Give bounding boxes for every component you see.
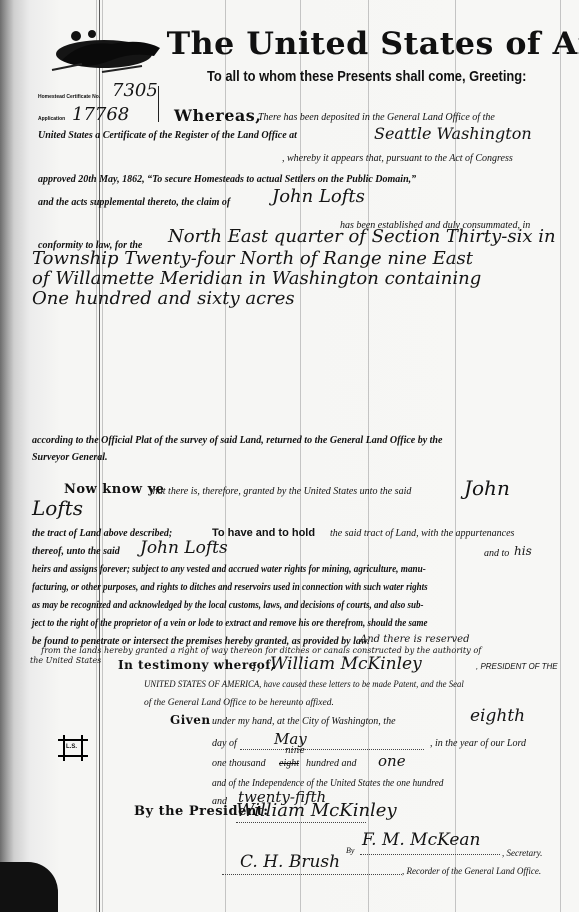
century-struck: eight: [279, 758, 299, 769]
century-handwritten: nine: [285, 746, 305, 756]
ruling-line: [560, 0, 561, 912]
application-number: 17768: [72, 104, 129, 125]
habendum-line-1c: the said tract of Land, with the appurte…: [330, 528, 514, 539]
day-of-label: day of: [212, 738, 237, 749]
scan-shadow: [0, 862, 58, 912]
plowman-vignette-icon: [42, 26, 164, 78]
land-patent-document: The United States of America, To all to …: [0, 0, 579, 912]
recorder-signature-line: [222, 874, 402, 875]
habendum-grantee: John Lofts: [140, 538, 228, 558]
seal-mark: L.S.: [58, 735, 88, 761]
habendum-heirs-pronoun: his: [514, 544, 532, 558]
given-lead: Given: [170, 713, 211, 727]
whereas-lead: Whereas,: [174, 106, 261, 125]
hundred-and-label: hundred and: [306, 758, 356, 769]
secretary-signature-line: [360, 854, 500, 855]
given-day: eighth: [470, 706, 525, 726]
whereas-line-3: , whereby it appears that, pursuant to t…: [282, 153, 513, 164]
given-line-1: under my hand, at the City of Washington…: [212, 716, 396, 727]
reservation-handwritten-3: the United States: [30, 656, 101, 665]
testimony-line-2: UNITED STATES OF AMERICA, have caused th…: [144, 680, 464, 690]
document-title: The United States of America,: [167, 26, 579, 62]
reservation-handwritten-1: And there is reserved: [360, 634, 470, 645]
certificate-bracket: [156, 86, 159, 122]
claimant-name: John Lofts: [272, 186, 365, 207]
according-line-1: according to the Official Plat of the su…: [32, 435, 442, 446]
according-line-2: Surveyor General.: [32, 452, 108, 463]
secretary-title: , Secretary.: [502, 848, 542, 858]
land-description-2: Township Twenty-four North of Range nine…: [32, 248, 473, 269]
grantee-last-name: Lofts: [32, 496, 83, 520]
testimony-president-name: William McKinley: [270, 654, 422, 674]
greeting-line: To all to whom these Presents shall come…: [207, 68, 526, 85]
land-description-3: of Willamette Meridian in Washington con…: [32, 268, 481, 289]
whereas-line-1: There has been deposited in the General …: [258, 112, 495, 123]
ruling-line: [368, 0, 369, 912]
month-line: [240, 749, 424, 750]
one-thousand-label: one thousand: [212, 758, 266, 769]
by-label: By: [346, 846, 354, 855]
testimony-pronoun: I,: [252, 660, 261, 674]
homestead-certificate-label: Homestead Certificate No.: [38, 94, 100, 100]
president-of-the: , PRESIDENT OF THE: [476, 662, 558, 671]
testimony-line-3: of the General Land Office to be hereunt…: [144, 698, 334, 708]
secretary-signature: F. M. McKean: [362, 830, 481, 850]
habendum-line-4: facturing, or other purposes, and rights…: [32, 582, 428, 593]
habendum-and-to: and to: [484, 548, 509, 559]
recorder-title: , Recorder of the General Land Office.: [402, 866, 541, 876]
land-description-4: One hundred and sixty acres: [32, 288, 295, 309]
land-office-location: Seattle Washington: [374, 124, 532, 143]
year-of-lord: , in the year of our Lord: [430, 738, 526, 749]
land-description-1: North East quarter of Section Thirty-six…: [168, 226, 556, 247]
whereas-line-2: United States a Certificate of the Regis…: [38, 130, 297, 141]
president-signature: William McKinley: [236, 800, 397, 821]
ruling-line: [300, 0, 301, 912]
habendum-line-2: thereof, unto the said: [32, 546, 120, 557]
grantee-first-name: John: [464, 476, 510, 500]
habendum-line-6: ject to the right of the proprietor of a…: [32, 618, 427, 629]
habendum-line-5: as may be recognized and acknowledged by…: [32, 600, 424, 611]
habendum-line-3: heirs and assigns forever; subject to an…: [32, 564, 426, 575]
given-year: one: [378, 752, 406, 770]
whereas-line-4: approved 20th May, 1862, “To secure Home…: [38, 174, 416, 185]
president-signature-line: [236, 822, 366, 823]
now-know-ye-text: that there is, therefore, granted by the…: [150, 486, 411, 497]
whereas-line-5: and the acts supplemental thereto, the c…: [38, 197, 230, 208]
homestead-certificate-number: 7305: [112, 80, 158, 101]
recorder-signature: C. H. Brush: [240, 852, 340, 872]
seal-label: L.S.: [66, 744, 77, 750]
application-label: Application: [38, 116, 65, 122]
